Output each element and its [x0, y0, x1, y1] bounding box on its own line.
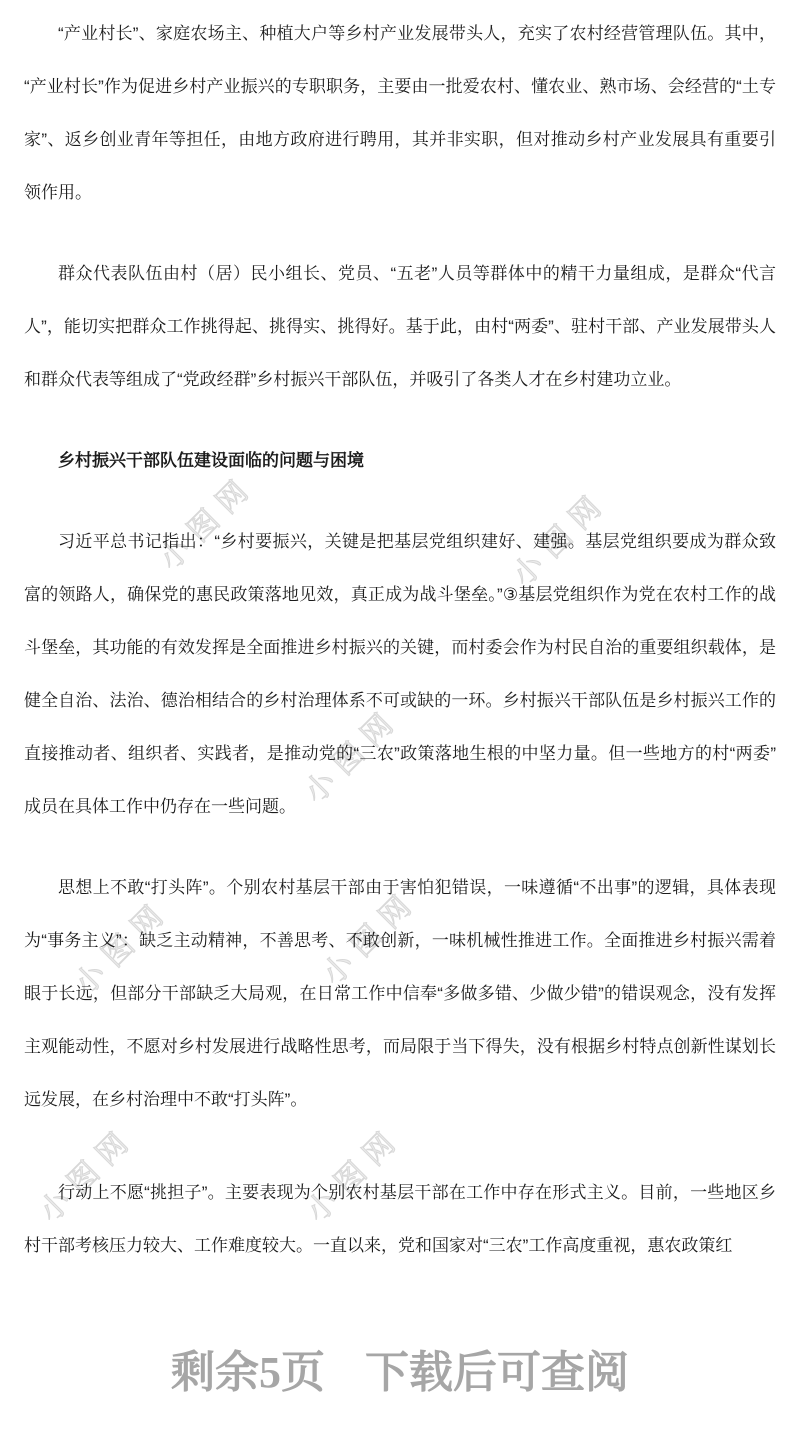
paragraph: 习近平总书记指出：“乡村要振兴，关键是把基层党组织建好、建强。基层党组织要成为群… — [24, 515, 776, 833]
paragraph: 思想上不敢“打头阵”。个别农村基层干部由于害怕犯错误，一味遵循“不出事”的逻辑，… — [24, 861, 776, 1126]
remaining-pages-notice: 剩余5页 下载后可查阅 — [0, 1347, 800, 1400]
paragraph: 行动上不愿“挑担子”。主要表现为个别农村基层干部在工作中存在形式主义。目前，一些… — [24, 1166, 776, 1272]
document-page: “产业村长”、家庭农场主、种植大户等乡村产业发展带头人，充实了农村经营管理队伍。… — [0, 0, 800, 1272]
section-heading: 乡村振兴干部队伍建设面临的问题与困境 — [24, 434, 776, 487]
paragraph: 群众代表队伍由村（居）民小组长、党员、“五老”人员等群体中的精干力量组成，是群众… — [24, 247, 776, 406]
remaining-pages-count: 剩余5页 — [171, 1347, 325, 1400]
download-to-view-notice: 下载后可查阅 — [365, 1347, 629, 1400]
paragraph: “产业村长”、家庭农场主、种植大户等乡村产业发展带头人，充实了农村经营管理队伍。… — [24, 7, 776, 219]
